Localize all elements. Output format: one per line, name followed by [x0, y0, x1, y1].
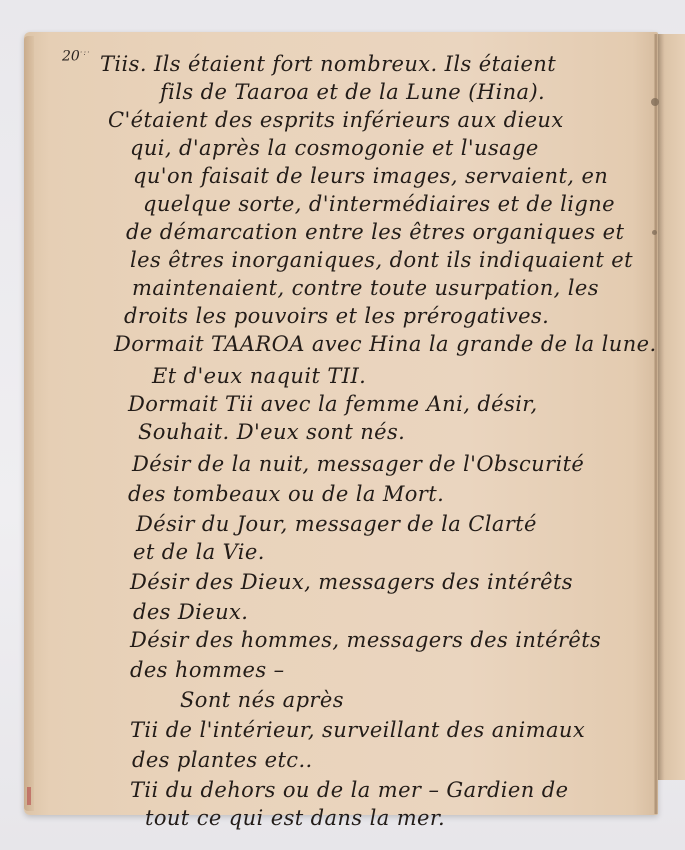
manuscript-line: tout ce qui est dans la mer.	[145, 806, 445, 830]
manuscript-line: Dormait Tii avec la femme Ani, désir,	[128, 392, 538, 416]
manuscript-line: qui, d'après la cosmogonie et l'usage	[130, 136, 539, 160]
manuscript-line: et de la Vie.	[133, 540, 265, 564]
manuscript-line: Sont nés après	[180, 688, 344, 712]
manuscript-line: droits les pouvoirs et les prérogatives.	[124, 304, 549, 328]
manuscript-line: les êtres inorganiques, dont ils indiqua…	[130, 248, 633, 272]
manuscript-line: Et d'eux naquit TII.	[152, 364, 366, 388]
manuscript-line: quelque sorte, d'intermédiaires et de li…	[143, 192, 615, 216]
manuscript-line: Dormait TAAROA avec Hina la grande de la…	[114, 332, 657, 356]
manuscript-line: Tii du dehors ou de la mer – Gardien de	[130, 778, 568, 802]
manuscript-line: des hommes –	[130, 658, 285, 682]
manuscript-line: Désir des hommes, messagers des intérêts	[130, 628, 601, 652]
manuscript-line: qu'on faisait de leurs images, servaient…	[133, 164, 608, 188]
manuscript-line: Tiis. Ils étaient fort nombreux. Ils éta…	[100, 52, 556, 76]
handwritten-text: Tiis. Ils étaient fort nombreux. Ils éta…	[0, 0, 685, 850]
manuscript-line: de démarcation entre les êtres organique…	[126, 220, 624, 244]
manuscript-line: des tombeaux ou de la Mort.	[128, 482, 444, 506]
manuscript-line: Désir de la nuit, messager de l'Obscurit…	[132, 452, 584, 476]
manuscript-line: des Dieux.	[133, 600, 248, 624]
manuscript-line: C'étaient des esprits inférieurs aux die…	[108, 108, 564, 132]
manuscript-line: des plantes etc..	[132, 748, 313, 772]
manuscript-line: Souhait. D'eux sont nés.	[138, 420, 405, 444]
manuscript-line: Tii de l'intérieur, surveillant des anim…	[130, 718, 585, 742]
manuscript-line: Désir du Jour, messager de la Clarté	[136, 512, 537, 536]
manuscript-line: Désir des Dieux, messagers des intérêts	[130, 570, 573, 594]
manuscript-line: maintenaient, contre toute usurpation, l…	[132, 276, 599, 300]
manuscript-line: fils de Taaroa et de la Lune (Hina).	[160, 80, 545, 104]
